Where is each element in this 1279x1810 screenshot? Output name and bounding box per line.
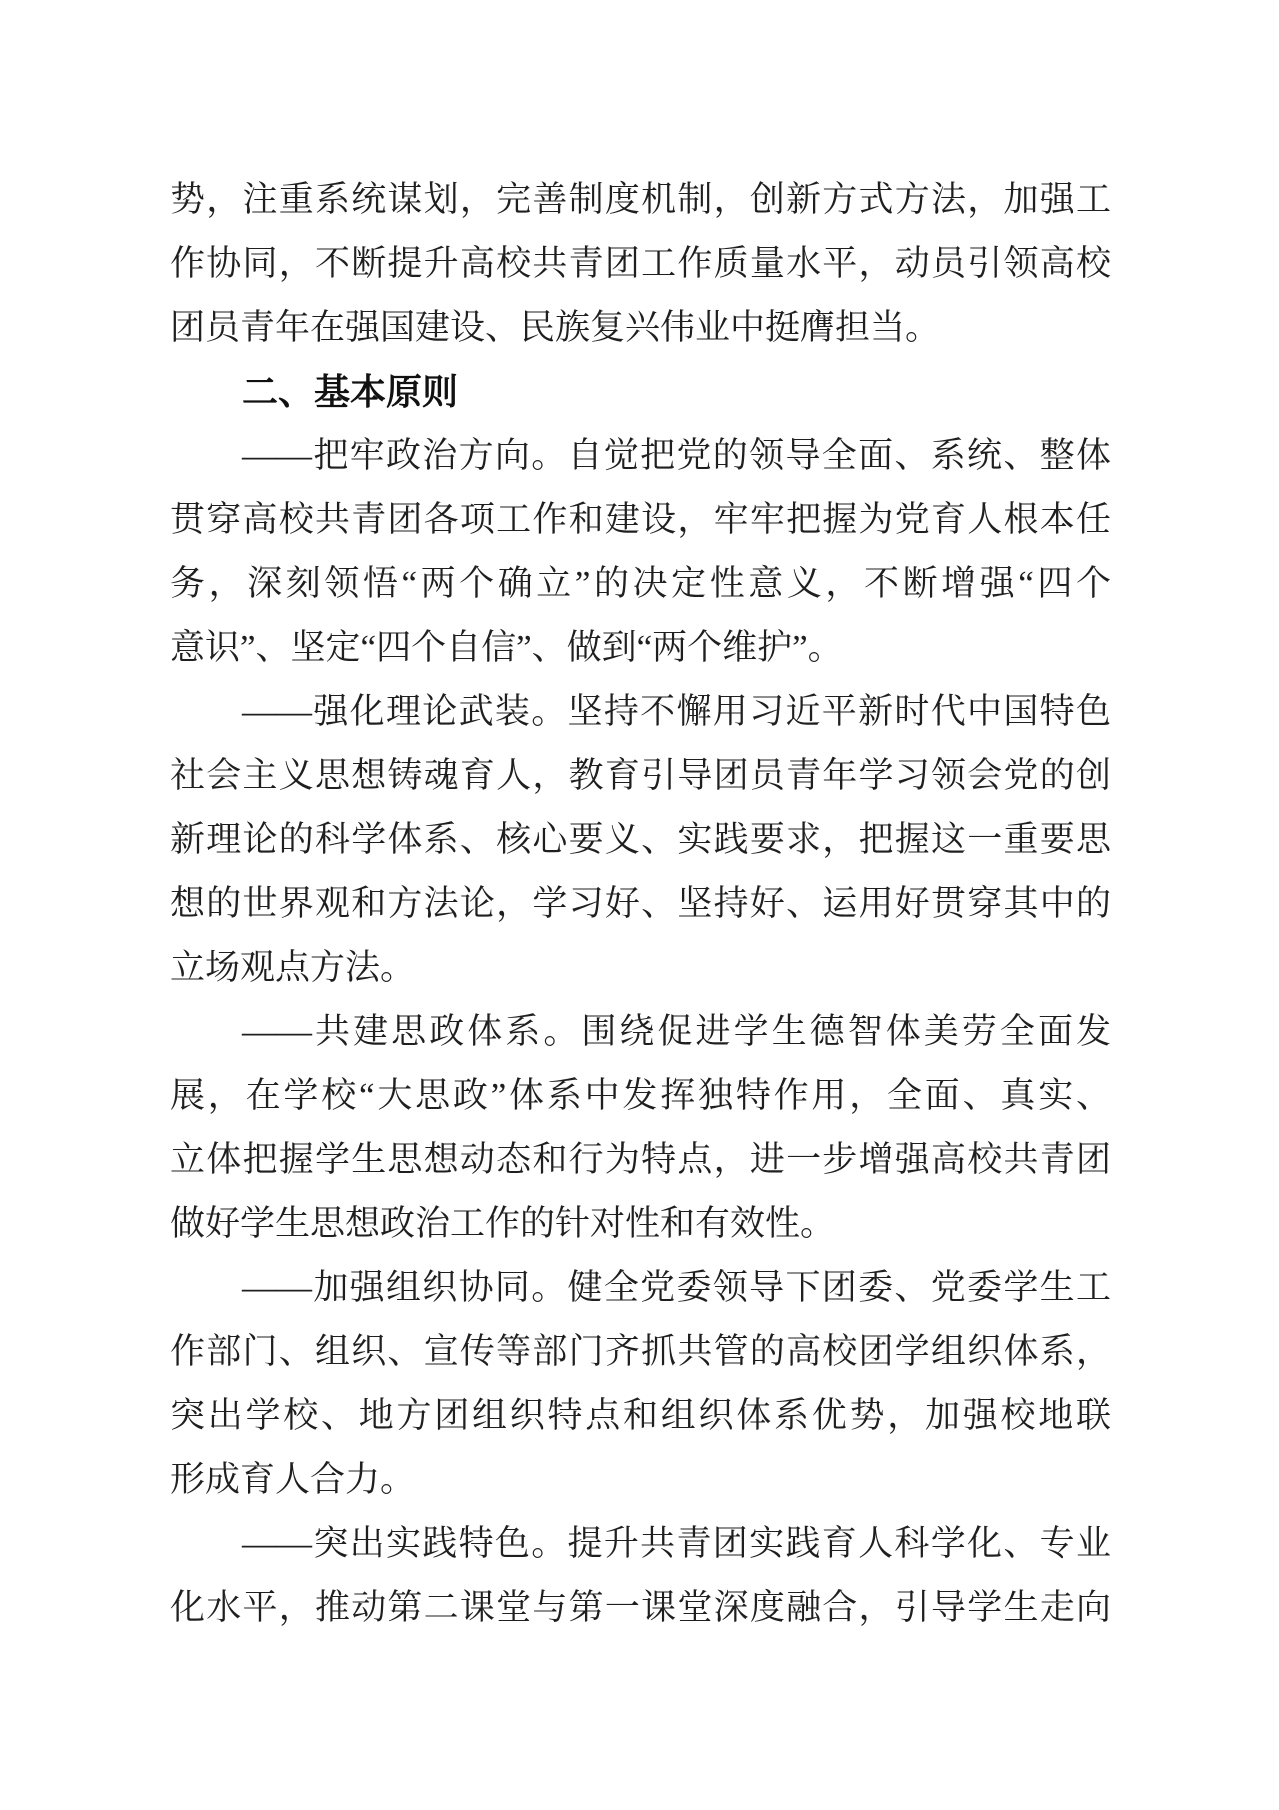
text-line: 意识”、坚定“四个自信”、做到“两个维护”。 (170, 616, 1111, 680)
text-line: 二、基本原则 (170, 360, 1111, 424)
document-page: 势，注重系统谋划，完善制度机制，创新方式方法，加强工作协同，不断提升高校共青团工… (0, 0, 1279, 1810)
text-line: 想的世界观和方法论，学习好、坚持好、运用好贯穿其中的 (170, 872, 1111, 936)
text-line: ——把牢政治方向。自觉把党的领导全面、系统、整体 (170, 424, 1111, 488)
paragraph: ——把牢政治方向。自觉把党的领导全面、系统、整体贯穿高校共青团各项工作和建设，牢… (170, 424, 1111, 680)
text-line: 立场观点方法。 (170, 936, 1111, 1000)
paragraph: ——加强组织协同。健全党委领导下团委、党委学生工作部门、组织、宣传等部门齐抓共管… (170, 1256, 1111, 1512)
paragraph: ——突出实践特色。提升共青团实践育人科学化、专业化水平，推动第二课堂与第一课堂深… (170, 1512, 1111, 1640)
text-line: 展，在学校“大思政”体系中发挥独特作用，全面、真实、 (170, 1064, 1111, 1128)
text-line: ——共建思政体系。围绕促进学生德智体美劳全面发 (170, 1000, 1111, 1064)
paragraph: ——共建思政体系。围绕促进学生德智体美劳全面发展，在学校“大思政”体系中发挥独特… (170, 1000, 1111, 1256)
text-line: 社会主义思想铸魂育人，教育引导团员青年学习领会党的创 (170, 744, 1111, 808)
text-line: 贯穿高校共青团各项工作和建设，牢牢把握为党育人根本任 (170, 488, 1111, 552)
text-line: 新理论的科学体系、核心要义、实践要求，把握这一重要思 (170, 808, 1111, 872)
text-line: ——强化理论武装。坚持不懈用习近平新时代中国特色 (170, 680, 1111, 744)
text-line: 作协同，不断提升高校共青团工作质量水平，动员引领高校 (170, 232, 1111, 296)
text-line: 突出学校、地方团组织特点和组织体系优势，加强校地联动， (170, 1384, 1111, 1448)
section-heading: 二、基本原则 (170, 360, 1111, 424)
paragraph: ——强化理论武装。坚持不懈用习近平新时代中国特色社会主义思想铸魂育人，教育引导团… (170, 680, 1111, 1000)
text-line: 形成育人合力。 (170, 1448, 1111, 1512)
text-line: 势，注重系统谋划，完善制度机制，创新方式方法，加强工 (170, 168, 1111, 232)
text-line: 务，深刻领悟“两个确立”的决定性意义，不断增强“四个 (170, 552, 1111, 616)
text-line: 化水平，推动第二课堂与第一课堂深度融合，引导学生走向 (170, 1576, 1111, 1640)
paragraph: 势，注重系统谋划，完善制度机制，创新方式方法，加强工作协同，不断提升高校共青团工… (170, 168, 1111, 360)
text-line: 作部门、组织、宣传等部门齐抓共管的高校团学组织体系， (170, 1320, 1111, 1384)
document-body: 势，注重系统谋划，完善制度机制，创新方式方法，加强工作协同，不断提升高校共青团工… (170, 168, 1111, 1640)
text-line: 立体把握学生思想动态和行为特点，进一步增强高校共青团 (170, 1128, 1111, 1192)
text-line: ——加强组织协同。健全党委领导下团委、党委学生工 (170, 1256, 1111, 1320)
text-line: 做好学生思想政治工作的针对性和有效性。 (170, 1192, 1111, 1256)
text-line: 团员青年在强国建设、民族复兴伟业中挺膺担当。 (170, 296, 1111, 360)
text-line: ——突出实践特色。提升共青团实践育人科学化、专业 (170, 1512, 1111, 1576)
